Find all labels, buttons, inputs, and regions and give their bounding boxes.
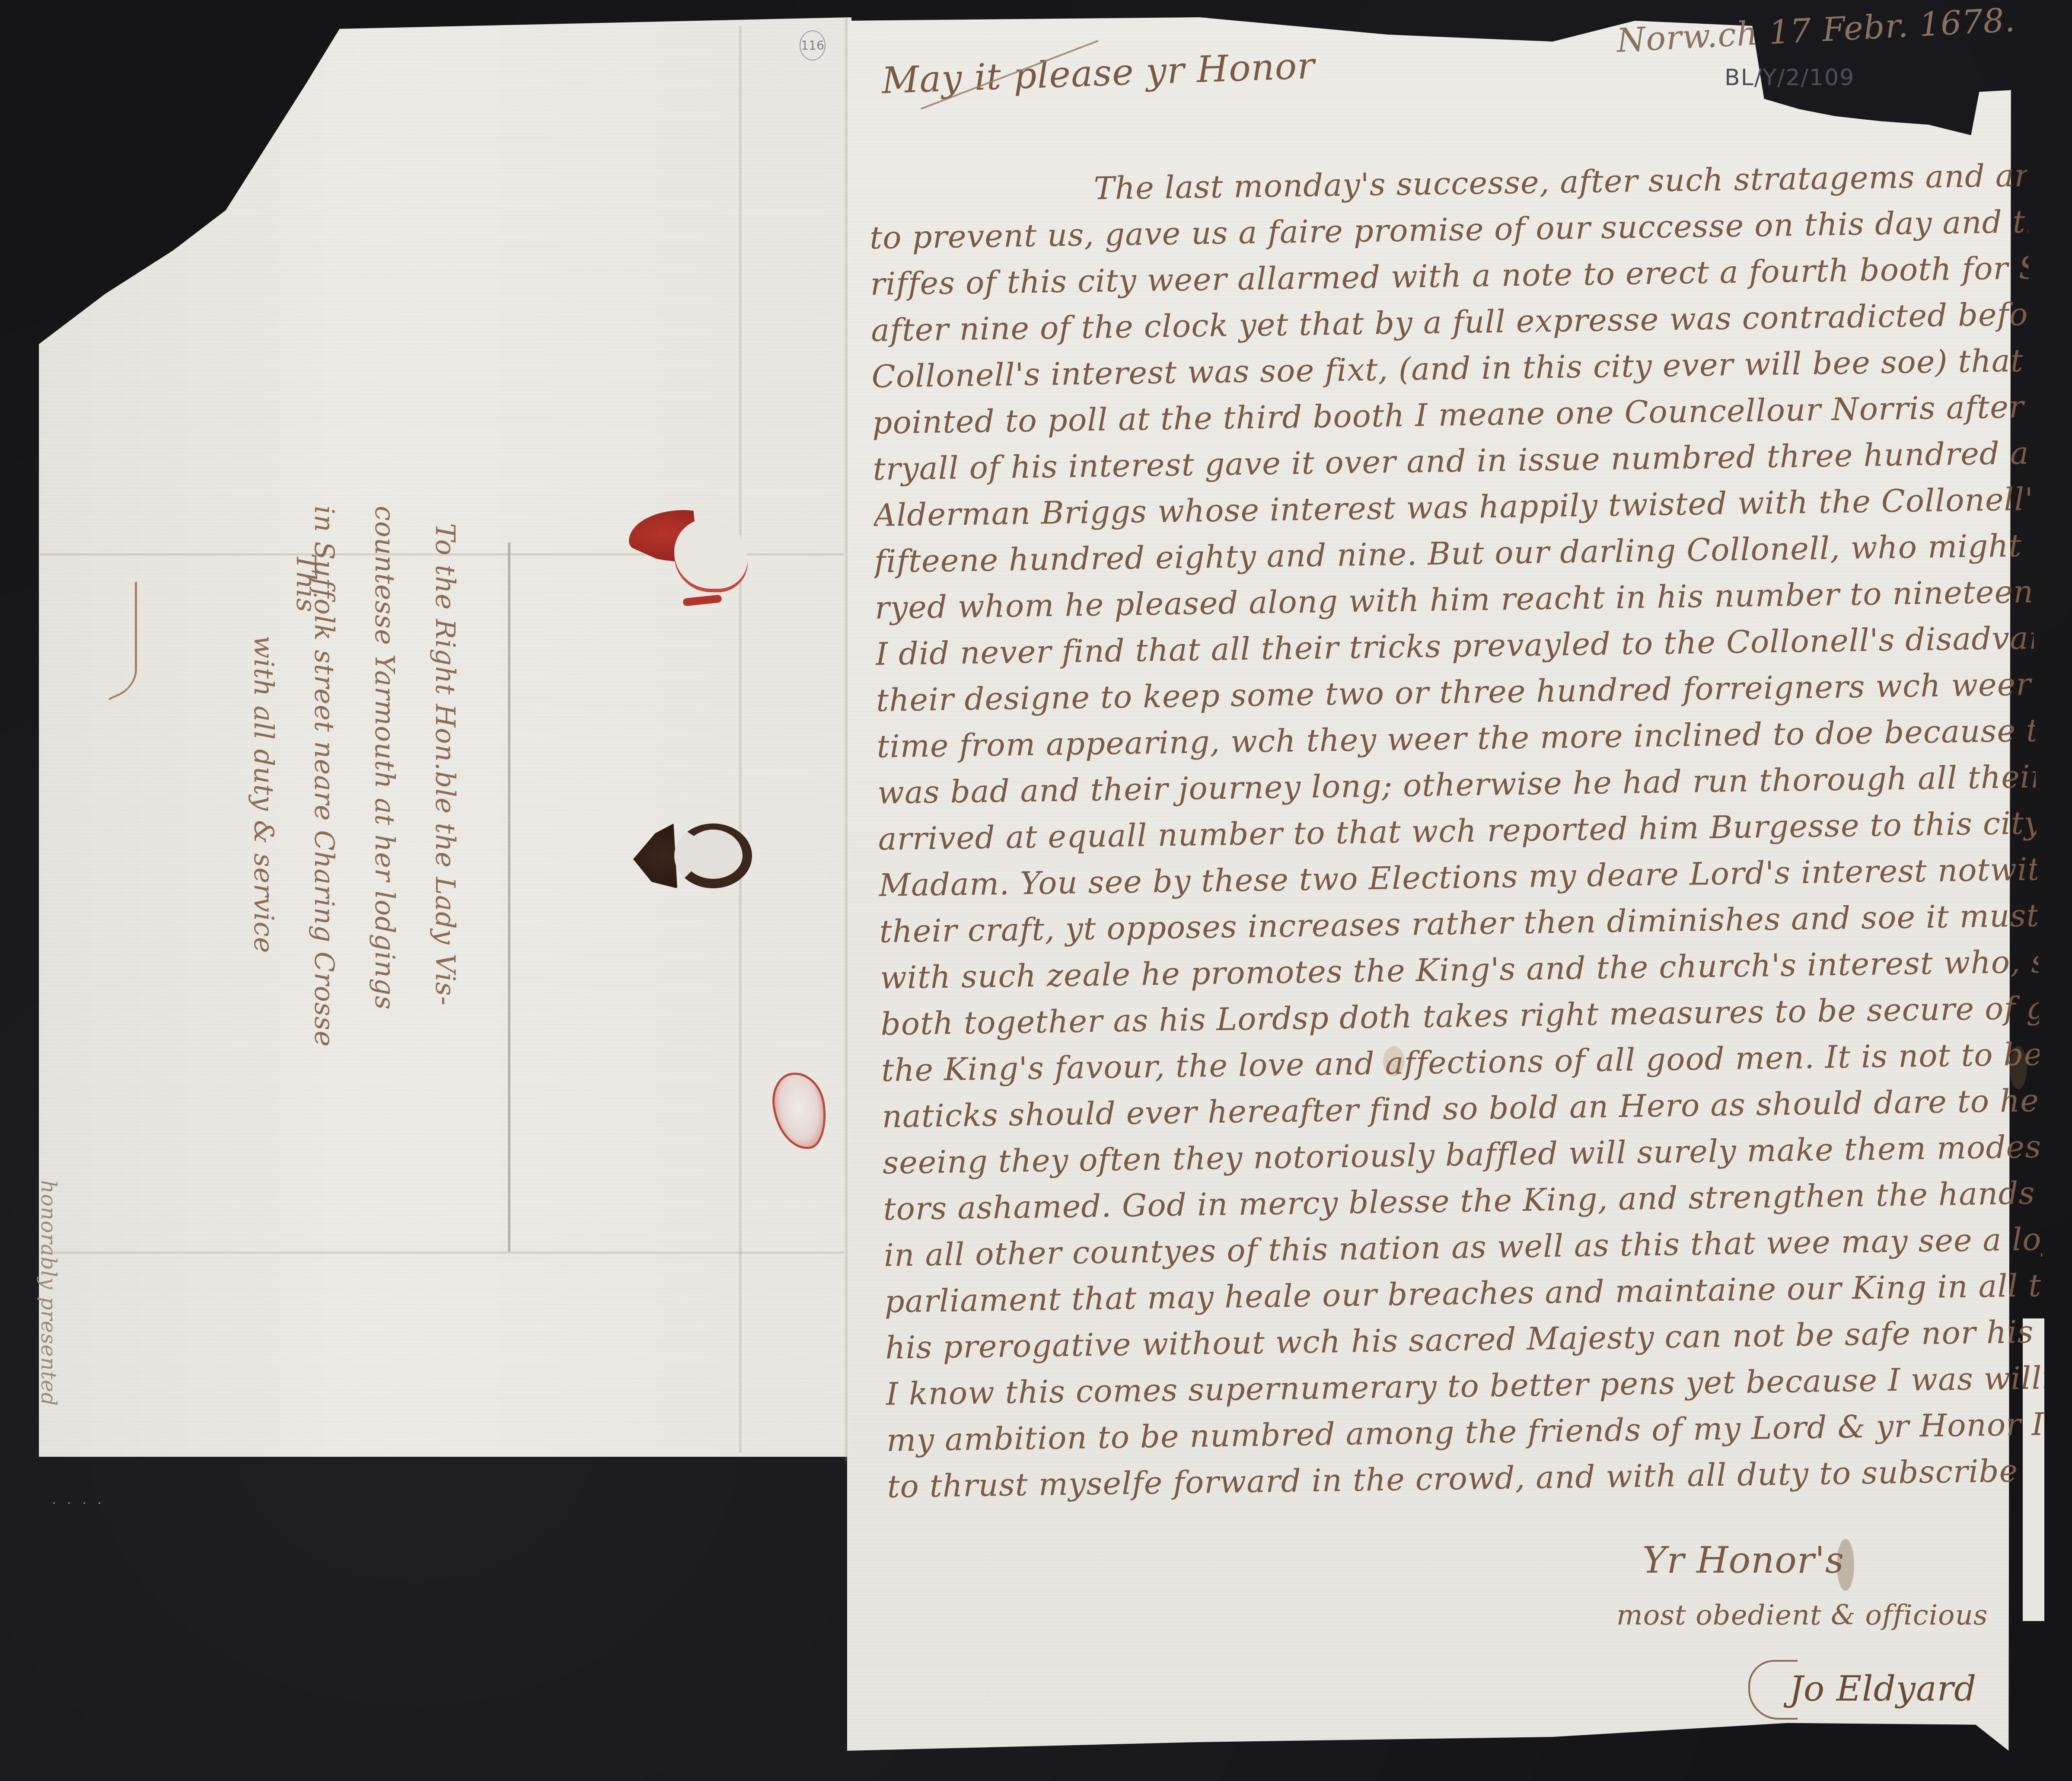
- folio-number-stamp: 116: [800, 30, 826, 61]
- vertical-fold-line-inner: [508, 543, 510, 1251]
- address-line: To the Right Hon.ble the Lady Vis-: [415, 506, 475, 1219]
- ink-blot: [1837, 1539, 1854, 1591]
- folio-number: 116: [801, 38, 824, 53]
- address-line: in Suffolk street neare Charing Crosse: [294, 506, 354, 1219]
- vertical-fold-line: [739, 26, 742, 1452]
- letter-body: The last monday's successe, after such s…: [869, 153, 2046, 1510]
- ink-stain: [1383, 1046, 1405, 1076]
- sheet-join-line: [845, 17, 848, 1461]
- archive-reference: BL/Y/2/109: [1725, 65, 1855, 91]
- address-docket: honorably presented: [36, 1180, 61, 1406]
- signature: Jo Eldyard: [1789, 1669, 1976, 1709]
- address-block: To the Right Hon.ble the Lady Vis- count…: [164, 506, 475, 1219]
- closing-yours: Yr Honor's: [1642, 1539, 1844, 1581]
- address-pen-mark: [109, 581, 137, 700]
- middle-wax-seal-ring: [674, 823, 752, 888]
- closing-valediction: most obedient & officious: [1616, 1599, 2070, 1631]
- address-endorsement: with all duty & service: [233, 506, 294, 1219]
- horizontal-fold-line-lower: [40, 1251, 844, 1254]
- water-stain: [2010, 1046, 2027, 1089]
- address-line: countesse Yarmouth at her lodgings: [354, 506, 415, 1219]
- corner-faded-marks: · · · ·: [52, 1496, 105, 1511]
